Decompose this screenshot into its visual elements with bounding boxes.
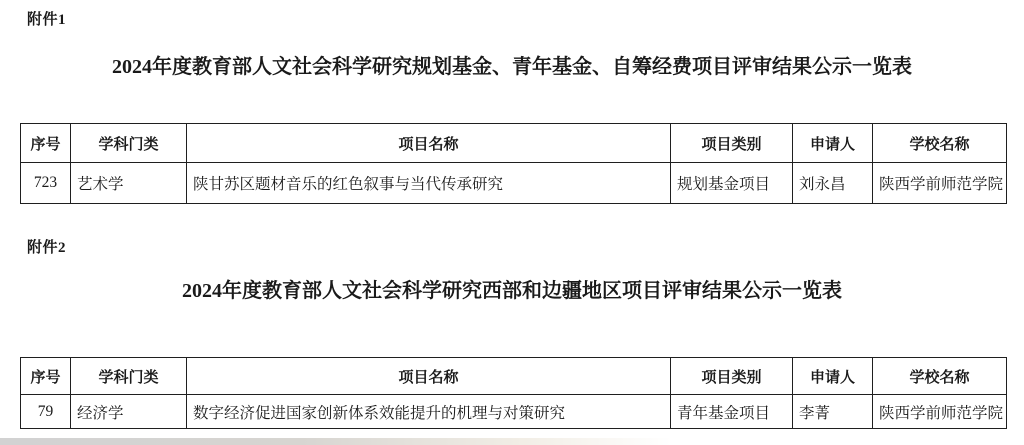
cell-school: 陕西学前师范学院 bbox=[873, 163, 1007, 204]
results-table-1: 序号 学科门类 项目名称 项目类别 申请人 学校名称 723 艺术学 陕甘苏区题… bbox=[20, 123, 1007, 204]
cell-applicant: 刘永昌 bbox=[793, 163, 873, 204]
cell-school: 陕西学前师范学院 bbox=[873, 395, 1007, 429]
table-row: 79 经济学 数字经济促进国家创新体系效能提升的机理与对策研究 青年基金项目 李… bbox=[21, 395, 1007, 429]
document-page: 附件1 2024年度教育部人文社会科学研究规划基金、青年基金、自筹经费项目评审结… bbox=[0, 0, 1024, 445]
cell-category: 规划基金项目 bbox=[671, 163, 793, 204]
doc-title-1: 2024年度教育部人文社会科学研究规划基金、青年基金、自筹经费项目评审结果公示一… bbox=[0, 50, 1024, 79]
cell-discipline: 经济学 bbox=[71, 395, 187, 429]
header-cell-serial: 序号 bbox=[21, 358, 71, 395]
page-edge-artifact bbox=[0, 438, 672, 445]
attachment-label-1: 附件1 bbox=[27, 8, 66, 29]
cell-project-name: 数字经济促进国家创新体系效能提升的机理与对策研究 bbox=[187, 395, 671, 429]
header-cell-category: 项目类别 bbox=[671, 358, 793, 395]
header-cell-applicant: 申请人 bbox=[793, 358, 873, 395]
header-cell-serial: 序号 bbox=[21, 124, 71, 163]
header-cell-applicant: 申请人 bbox=[793, 124, 873, 163]
header-cell-project-name: 项目名称 bbox=[187, 358, 671, 395]
cell-project-name: 陕甘苏区题材音乐的红色叙事与当代传承研究 bbox=[187, 163, 671, 204]
header-cell-category: 项目类别 bbox=[671, 124, 793, 163]
header-cell-school: 学校名称 bbox=[873, 124, 1007, 163]
cell-category: 青年基金项目 bbox=[671, 395, 793, 429]
doc-title-2: 2024年度教育部人文社会科学研究西部和边疆地区项目评审结果公示一览表 bbox=[0, 274, 1024, 303]
header-row: 序号 学科门类 项目名称 项目类别 申请人 学校名称 bbox=[21, 358, 1007, 395]
table-row: 723 艺术学 陕甘苏区题材音乐的红色叙事与当代传承研究 规划基金项目 刘永昌 … bbox=[21, 163, 1007, 204]
cell-applicant: 李菁 bbox=[793, 395, 873, 429]
header-cell-project-name: 项目名称 bbox=[187, 124, 671, 163]
cell-serial: 79 bbox=[21, 395, 71, 429]
header-cell-school: 学校名称 bbox=[873, 358, 1007, 395]
header-cell-discipline: 学科门类 bbox=[71, 124, 187, 163]
header-cell-discipline: 学科门类 bbox=[71, 358, 187, 395]
attachment-label-2: 附件2 bbox=[27, 236, 66, 257]
results-table-2: 序号 学科门类 项目名称 项目类别 申请人 学校名称 79 经济学 数字经济促进… bbox=[20, 357, 1007, 429]
cell-serial: 723 bbox=[21, 163, 71, 204]
cell-discipline: 艺术学 bbox=[71, 163, 187, 204]
header-row: 序号 学科门类 项目名称 项目类别 申请人 学校名称 bbox=[21, 124, 1007, 163]
